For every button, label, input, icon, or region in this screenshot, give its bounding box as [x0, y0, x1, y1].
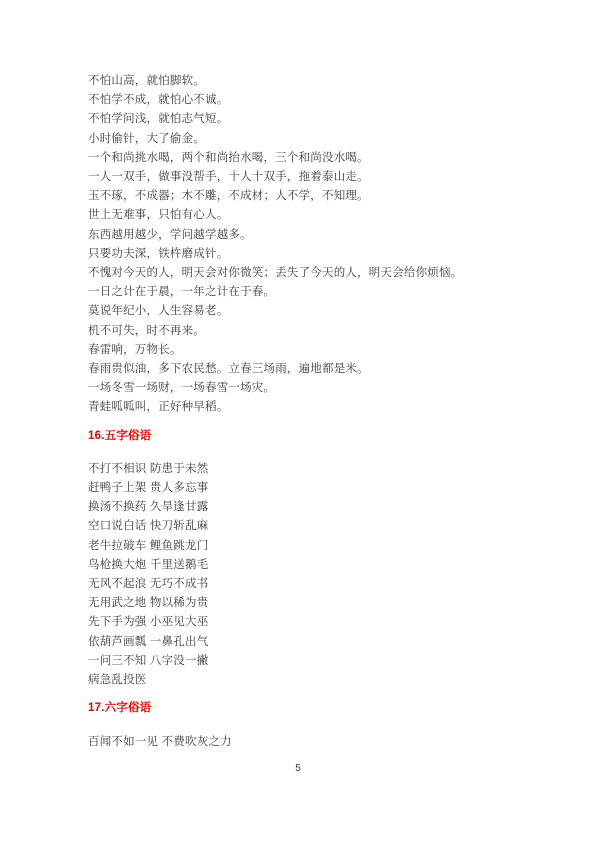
- proverb-line: 世上无难事，只怕有心人。: [88, 206, 558, 225]
- proverb-line: 小时偷针，大了偷金。: [88, 130, 558, 149]
- proverb-line: 只要功夫深，铁杵磨成针。: [88, 245, 558, 264]
- proverb-line: 百闻不如一见 不费吹灰之力: [88, 733, 558, 752]
- proverb-line: 莫说年纪小，人生容易老。: [88, 302, 558, 321]
- proverb-line: 换汤不换药 久旱逢甘露: [88, 498, 558, 517]
- proverb-line: 不怕学问浅，就怕志气短。: [88, 110, 558, 129]
- page-number: 5: [295, 763, 301, 774]
- proverb-line: 病急乱投医: [88, 671, 558, 690]
- proverb-line: 玉不琢，不成器；木不雕，不成材；人不学，不知理。: [88, 187, 558, 206]
- page-footer: 5: [0, 758, 596, 776]
- proverb-line: 一问三不知 八字没一撇: [88, 652, 558, 671]
- proverb-line: 不怕学不成，就怕心不诚。: [88, 91, 558, 110]
- proverb-line: 东西越用越少，学问越学越多。: [88, 226, 558, 245]
- proverb-line: 春雨贵似油，多下农民愁。立春三场雨，遍地都是米。: [88, 360, 558, 379]
- proverb-line: 机不可失，时不再来。: [88, 322, 558, 341]
- proverb-line: 一场冬雪一场财，一场春雪一场灾。: [88, 379, 558, 398]
- proverb-line: 一日之计在于晨，一年之计在于春。: [88, 283, 558, 302]
- proverb-line: 空口说白话 快刀斩乱麻: [88, 517, 558, 536]
- proverb-line: 老牛拉破车 鲤鱼跳龙门: [88, 537, 558, 556]
- proverb-line: 先下手为强 小巫见大巫: [88, 613, 558, 632]
- proverb-line: 赶鸭子上架 贵人多忘事: [88, 479, 558, 498]
- proverb-line: 无用武之地 物以稀为贵: [88, 594, 558, 613]
- section-heading-17: 17.六字俗语: [88, 699, 558, 718]
- proverb-line: 依葫芦画瓢 一鼻孔出气: [88, 633, 558, 652]
- document-content: 不怕山高，就怕脚软。 不怕学不成，就怕心不诚。 不怕学问浅，就怕志气短。 小时偷…: [88, 72, 558, 752]
- proverb-line: 一人一双手，做事没帮手，十人十双手，拖着泰山走。: [88, 168, 558, 187]
- proverb-line: 一个和尚挑水喝，两个和尚抬水喝，三个和尚没水喝。: [88, 149, 558, 168]
- proverb-line: 不打不相识 防患于未然: [88, 460, 558, 479]
- proverb-line: 不愧对今天的人，明天会对你微笑；丢失了今天的人，明天会给你烦恼。: [88, 264, 558, 283]
- proverb-line: 青蛙呱呱叫，正好种早稻。: [88, 398, 558, 417]
- proverb-line: 不怕山高，就怕脚软。: [88, 72, 558, 91]
- proverb-line: 鸟枪换大炮 千里送鹅毛: [88, 556, 558, 575]
- proverb-line: 无风不起浪 无巧不成书: [88, 575, 558, 594]
- section-heading-16: 16.五字俗语: [88, 427, 558, 446]
- document-page: 不怕山高，就怕脚软。 不怕学不成，就怕心不诚。 不怕学问浅，就怕志气短。 小时偷…: [0, 0, 596, 842]
- proverb-line: 春雷响，万物长。: [88, 341, 558, 360]
